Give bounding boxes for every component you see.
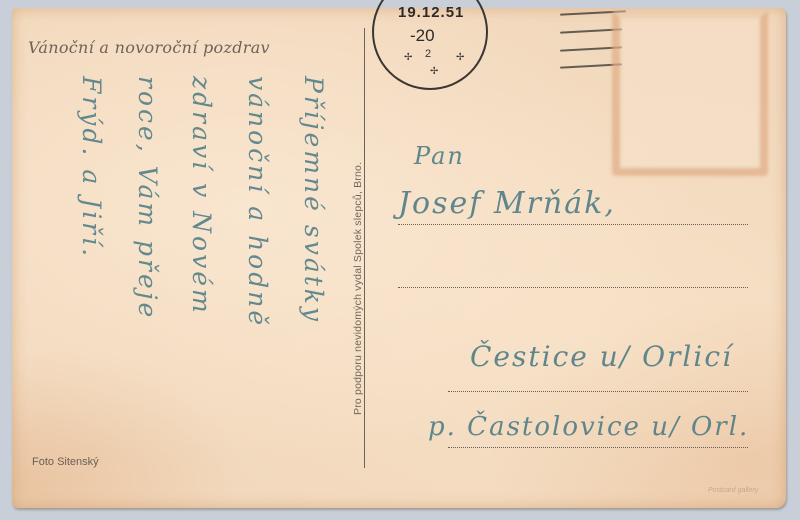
postmark-office-number: 2 (425, 48, 431, 60)
address-line-4 (448, 447, 748, 448)
publisher-note: Pro podporu nevidomých vydal Spolek slep… (352, 162, 364, 415)
postmark-time: -20 (410, 26, 435, 46)
address-post-office: p. Častolovice u/ Orl. (428, 412, 749, 442)
address-line-3 (448, 391, 748, 392)
photo-credit: Foto Sitenský (32, 456, 99, 468)
message-line: Příjemné svátky (299, 76, 328, 324)
removed-stamp-stain (612, 10, 768, 176)
address-town: Čestice u/ Orlicí (470, 340, 733, 373)
handwritten-message: Příjemné svátky vánoční a hodně zdraví v… (40, 76, 340, 436)
message-line: Frýd. a Jiří. (77, 76, 106, 259)
postmark-star-icon: ✢ (456, 52, 464, 63)
postmark-star-icon: ✢ (404, 52, 412, 63)
address-line-2 (398, 287, 748, 288)
message-line: vánoční a hodně (243, 76, 272, 328)
postmark-star-icon: ✢ (430, 66, 438, 77)
message-line: zdraví v Novém (187, 76, 216, 316)
center-divider (364, 28, 365, 468)
address-name: Josef Mrňák, (398, 186, 616, 221)
printed-heading: Vánoční a novoroční pozdrav (28, 38, 270, 57)
postmark-date: 19.12.51 (398, 4, 464, 21)
watermark: Postcard gallery (708, 487, 758, 494)
message-line: roce, Vám přeje (133, 76, 162, 320)
address-salutation: Pan (414, 142, 465, 170)
address-line-1 (398, 224, 748, 225)
